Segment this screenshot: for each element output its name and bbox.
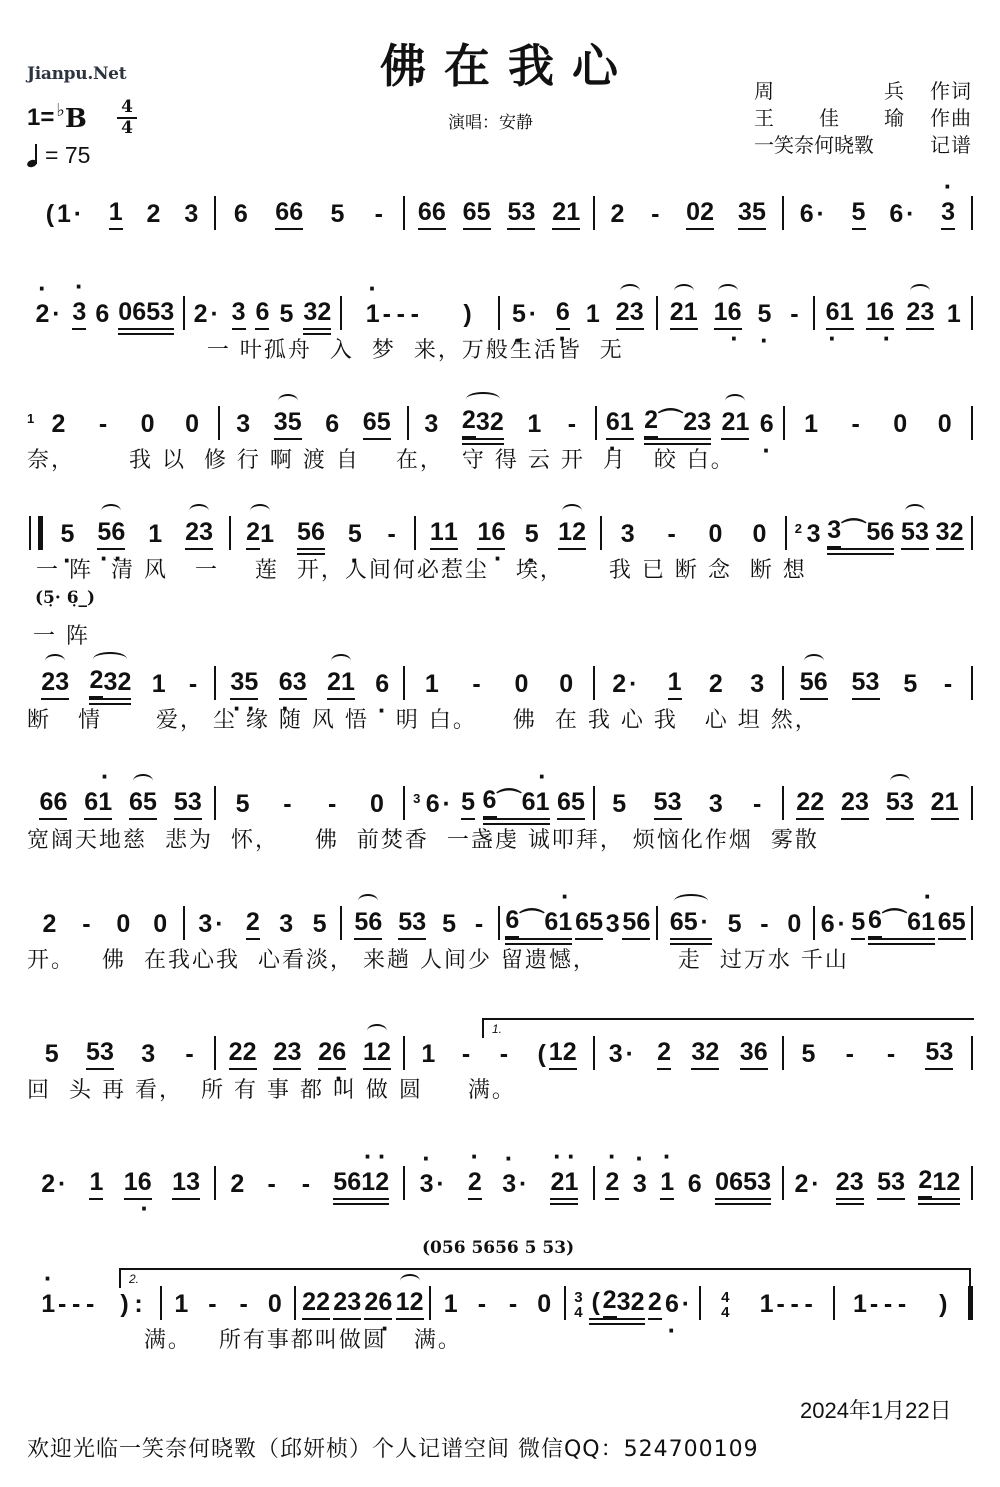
barline [971, 296, 973, 330]
note-group: 3 [807, 518, 821, 550]
note-group: 53 [174, 786, 202, 820]
note: 1 [41, 1288, 55, 1320]
note-group: (232 [589, 1284, 645, 1320]
note-group: 0 [153, 908, 167, 940]
note: 5 [288, 406, 302, 440]
note: 3 [199, 516, 213, 550]
note-group: 35 [738, 196, 766, 230]
note: 6 [728, 296, 742, 330]
note: - [757, 908, 771, 940]
measure: 5·6123 [500, 296, 656, 330]
note: 0 [116, 908, 130, 940]
note-group: 232 [89, 664, 131, 700]
note: 2 [41, 666, 55, 700]
note: 1 [396, 1286, 410, 1320]
note-group: 5 [330, 198, 344, 230]
note: 0 [559, 668, 573, 700]
note: 2 [683, 406, 697, 438]
credit-row: 周兵作词 [754, 78, 972, 105]
time-signature-change: 44 [718, 1290, 732, 1320]
measure: 22235321 [784, 786, 971, 820]
note: 3 [738, 196, 752, 230]
note-group: ) [461, 298, 475, 330]
note-group: 0 [514, 668, 528, 700]
note-group: 3 [424, 408, 438, 440]
note-group: - [849, 408, 863, 440]
note: 1 [98, 786, 112, 820]
credit-name: 周兵 [754, 78, 918, 105]
note: 5 [330, 198, 344, 230]
note-group: 53 [507, 196, 535, 230]
slur-mark [358, 894, 378, 908]
note: - [843, 1038, 857, 1070]
measure: 1-00 [405, 668, 592, 700]
note: 6 [375, 668, 389, 700]
staff-line: 12-0033566532321-612⌒232161-00 [27, 400, 973, 440]
note-group: 5 [45, 1038, 59, 1070]
credit-role: 作词 [918, 78, 972, 105]
note: · [903, 198, 917, 230]
note-group: 23 [185, 516, 213, 550]
note: - [380, 298, 394, 330]
note-group: 32 [936, 516, 964, 550]
note-group: 6 [95, 298, 109, 330]
note-group: 1 [174, 1288, 188, 1320]
note: 1 [840, 296, 854, 330]
note-group: 3· [420, 1168, 448, 1200]
note: - [237, 1288, 251, 1320]
time-numerator: 4 [121, 97, 133, 117]
note: · [626, 668, 640, 700]
volta-1-label: 1. [492, 1022, 502, 1036]
note-group: 66 [275, 196, 303, 230]
measure: 612⌒23216 [597, 404, 783, 440]
note-group: - [205, 1288, 219, 1320]
note: 6 [95, 298, 109, 330]
note-group: 2 [611, 198, 625, 230]
note-group: - [665, 518, 679, 550]
note-group: 56 [622, 906, 650, 940]
measure: 2·2353212 [784, 1164, 971, 1200]
note: - [280, 788, 294, 820]
note: ⌒ [658, 406, 683, 438]
note-group: 21 [931, 786, 959, 820]
note-group: 6 [556, 296, 570, 330]
note: 6 [907, 906, 921, 938]
measure: 6·56·3 [784, 196, 971, 230]
note: 3 [236, 408, 250, 440]
note: 3 [72, 296, 86, 330]
measure: 1--0 [431, 1288, 564, 1320]
note: 2 [552, 196, 566, 230]
credits: 周兵作词王佳瑜作曲一笑奈何晓斁记谱 [754, 78, 972, 159]
note: · [835, 908, 849, 940]
note: 3 [750, 668, 764, 700]
note: 2 [246, 906, 260, 940]
note: 1 [152, 668, 166, 700]
note-group: - [565, 408, 579, 440]
note: - [83, 1288, 97, 1320]
note: 1 [684, 296, 698, 330]
note-group: 2· [194, 298, 222, 330]
note-group: 2 [42, 908, 56, 940]
note: 5 [313, 908, 327, 940]
note-group: 6 [325, 408, 339, 440]
note-group: - [237, 1288, 251, 1320]
note: 6 [800, 198, 814, 230]
note: 1 [853, 1288, 867, 1320]
note-group: 3 [621, 518, 635, 550]
note: · [526, 298, 540, 330]
note-group: 1 [444, 1288, 458, 1320]
note: 3 [697, 406, 711, 438]
note: 3 [103, 666, 117, 698]
slur-mark [250, 504, 270, 518]
note: 2 [318, 1036, 332, 1070]
note-group: - [325, 788, 339, 820]
measure: 5--53 [784, 1036, 971, 1070]
time-denominator: 4 [121, 118, 133, 138]
note: 5 [589, 906, 603, 940]
note: - [497, 1038, 511, 1070]
note: 5 [901, 516, 915, 550]
note: 6 [289, 196, 303, 230]
note-group: 3 [941, 196, 955, 230]
note-group: 16 [477, 516, 505, 550]
note: 0 [715, 1166, 729, 1198]
note: 3 [184, 198, 198, 230]
note-group: - [750, 788, 764, 820]
note-group: 61 [826, 296, 854, 330]
note-group: 21 [246, 516, 274, 550]
note-group: 2· [35, 298, 63, 330]
note: 2 [794, 1168, 808, 1200]
note: 6 [556, 296, 570, 330]
note: 6 [938, 906, 952, 940]
note: - [96, 408, 110, 440]
note: 0 [268, 1288, 282, 1320]
note: ⌒ [882, 906, 907, 938]
note-group: 32 [691, 1036, 719, 1070]
note: - [941, 668, 955, 700]
note: 6 [821, 908, 835, 940]
note: 3 [279, 908, 293, 940]
note-group: 1 [89, 1166, 103, 1200]
note: 5 [512, 298, 526, 330]
note: 5 [442, 908, 456, 940]
note-group: 2 [648, 1286, 662, 1320]
note: 2 [185, 516, 199, 550]
note: 1 [366, 298, 380, 330]
note: 3 [855, 786, 869, 820]
note-group: 53 [398, 906, 426, 940]
note-group: 1--- [366, 298, 422, 330]
note: 6 [418, 196, 432, 230]
note-group: 65 [575, 906, 603, 940]
note: - [69, 1288, 83, 1320]
barline [971, 196, 973, 230]
note: 3 [347, 1286, 361, 1320]
note: 0 [185, 408, 199, 440]
note: 1 [668, 666, 682, 700]
note: 2 [229, 1036, 243, 1070]
note: 2 [563, 1036, 577, 1070]
measure: 5533- [27, 1036, 214, 1070]
note: 1 [430, 516, 444, 550]
note-group: 1 [586, 298, 600, 330]
note: 2 [605, 1166, 619, 1200]
score-system: 1---):1--0222326121--034(23226·441---1--… [27, 1280, 973, 1356]
measure: 65·5-0 [658, 906, 814, 940]
note: 2 [810, 786, 824, 820]
note: 5 [174, 786, 188, 820]
note: 3 [850, 1166, 864, 1198]
date-label: 2024年1月22日 [800, 1394, 952, 1425]
note: 2 [117, 666, 131, 698]
note: 3 [188, 786, 202, 820]
note: 0 [153, 908, 167, 940]
note-group: 16 [714, 296, 742, 330]
note: 1 [804, 408, 818, 440]
note: · [440, 788, 454, 820]
note: 6 [880, 516, 894, 548]
note: 3 [420, 1168, 434, 1200]
lyric-line: 满。 所有事都叫做圆 满。 [27, 1320, 973, 1356]
note: 1 [549, 1036, 563, 1070]
note-group: (1· [43, 198, 85, 230]
note: · [49, 298, 63, 330]
note-group: 53 [852, 666, 880, 700]
note: 3 [900, 786, 914, 820]
note: 2 [670, 296, 684, 330]
note-group: 5 [757, 298, 771, 330]
note-group: 232 [462, 404, 504, 440]
note: - [787, 298, 801, 330]
note: 6 [636, 906, 650, 940]
note-group: 1 [668, 666, 682, 700]
note-group: 53 [925, 1036, 953, 1070]
note: - [849, 408, 863, 440]
note: 5 [97, 516, 111, 550]
key-prefix: 1= [27, 104, 54, 132]
note: 2 [230, 1168, 244, 1200]
slur-mark [718, 284, 738, 298]
slur-mark [674, 284, 694, 298]
measure: 66655321 [405, 196, 592, 230]
note: · [679, 1288, 693, 1320]
note: 3 [141, 1038, 155, 1070]
lyric-text: 回 头 再 看， 所 有 事 都 叫 做 圆 满。 [27, 1073, 516, 1104]
note: - [265, 1168, 279, 1200]
measure: 1116512 [416, 516, 600, 550]
measure: 6·56⌒6165 [815, 904, 971, 940]
note-group: 3 [750, 668, 764, 700]
note-group: 6⌒61 [483, 784, 550, 820]
key-signature: 1= ♭ B [27, 104, 87, 134]
note-group: 23 [906, 296, 934, 330]
credit-row: 王佳瑜作曲 [754, 105, 972, 132]
note: 3 [230, 666, 244, 700]
note-group: 2 [52, 408, 66, 440]
staff-line: 2·116132--56123·23·21231606532·2353212 [27, 1160, 973, 1200]
note: 1 [444, 1288, 458, 1320]
note: 6 [363, 406, 377, 440]
note: ( [43, 198, 57, 230]
note-group: 212 [918, 1164, 960, 1200]
measure: 5533- [595, 786, 782, 820]
note-group: 1 [152, 668, 166, 700]
measure: 56535- [784, 666, 971, 700]
slur-mark [674, 894, 708, 908]
measure: 6⌒6165356 [500, 904, 656, 940]
note-group: 1 [527, 408, 541, 440]
note-group: 23 [273, 1036, 301, 1070]
note: 0 [514, 668, 528, 700]
note-group: 66 [418, 196, 446, 230]
time-signature: 4 4 [117, 100, 137, 136]
measure: 1---): [27, 1288, 160, 1320]
note: 6 [378, 1286, 392, 1320]
note-group: 1 [425, 668, 439, 700]
note: 0 [938, 408, 952, 440]
alt-notes: (5̣· 6̣_) [35, 588, 95, 608]
note: 1 [444, 516, 458, 550]
measure: 1-00 [785, 408, 971, 440]
note-group: 12 [363, 1036, 391, 1070]
note: 3 [198, 908, 212, 940]
note: 6 [39, 786, 53, 820]
note-group: 2 [468, 1166, 482, 1200]
note: 1 [172, 1166, 186, 1200]
note: 5 [354, 906, 368, 940]
measure: 1--0 [162, 1288, 295, 1320]
measure: 335665 [220, 406, 406, 440]
note: 2 [550, 1166, 564, 1198]
staff-line: (1·1236665-666553212-02356·56·3 [27, 190, 973, 230]
measure: 22232612 [296, 1286, 429, 1320]
staff-line: 2-003·23556535-6⌒616535665·5-06·56⌒6165 [27, 900, 973, 940]
note: 2 [243, 1036, 257, 1070]
note: - [394, 298, 408, 330]
note: - [867, 1288, 881, 1320]
note: 5 [525, 518, 539, 550]
slur-mark [910, 284, 930, 298]
note: 3 [293, 666, 307, 700]
lyric-text: 一 叶孤舟 入 梦 来，万般生活皆 无 [27, 333, 624, 364]
credit-name: 一笑奈何晓斁 [754, 132, 918, 159]
note-group: 53 [901, 516, 929, 550]
barline [971, 666, 973, 700]
note: 1 [760, 1288, 774, 1320]
grace-note: 2 [795, 521, 802, 536]
measure: 2·123 [595, 666, 782, 700]
note-group: 2 [146, 198, 160, 230]
measure: 6665- [216, 196, 403, 230]
note-group: 02 [686, 196, 714, 230]
lyric-line: 回 头 再 看， 所 有 事 都 叫 做 圆 满。 [27, 1070, 973, 1106]
measure: 2-00 [27, 908, 183, 940]
note: ) [936, 1288, 950, 1320]
note: 2 [41, 1168, 55, 1200]
note: 5 [86, 1036, 100, 1070]
note: 0 [787, 908, 801, 940]
note-group: 2· [41, 1168, 69, 1200]
note: 6 [754, 1036, 768, 1070]
note: · [212, 908, 226, 940]
lyric-line: 开。 佛 在我心我 心看淡， 来趟 人间少 留遗憾， 走 过万水 千山 [27, 940, 973, 976]
note-group: - [385, 518, 399, 550]
note: 5 [903, 668, 917, 700]
note: 6 [880, 296, 894, 330]
note-group: 0 [559, 668, 573, 700]
note: 6 [575, 906, 589, 940]
note-group: 65 [557, 786, 585, 820]
note: 5 [952, 906, 966, 940]
measure: 34(23226· [566, 1284, 699, 1320]
measure: 2·36532 [185, 296, 341, 330]
note: 6 [311, 516, 325, 548]
note: · [814, 198, 828, 230]
slur-mark [93, 652, 127, 666]
note: - [299, 1168, 313, 1200]
note: 2 [89, 664, 103, 698]
note: 2 [462, 404, 476, 438]
note: - [506, 1288, 520, 1320]
note-group: 1 [804, 408, 818, 440]
note: ) [118, 1288, 132, 1320]
note: 1 [341, 666, 355, 700]
note: 5 [244, 666, 258, 700]
tempo-value: = 75 [45, 142, 90, 169]
note: 2 [246, 516, 260, 550]
note: 5 [477, 196, 491, 230]
note-group: 3 [72, 296, 86, 330]
measure: 23160653 [595, 1166, 782, 1200]
note: 5 [333, 1166, 347, 1198]
credit-char: 兵 [884, 78, 904, 105]
note: 6 [889, 198, 903, 230]
lyric-text: 宽阔天地慈 悲为 怀， 佛 前焚香 一盏虔 诚叩拜， 烦恼化作烟 雾散 [27, 823, 819, 854]
note-group: 6 [375, 668, 389, 700]
note: 1 [735, 406, 749, 440]
note: 2 [946, 1166, 960, 1198]
lyric-line: 宽阔天地慈 悲为 怀， 佛 前焚香 一盏虔 诚叩拜， 烦恼化作烟 雾散 [27, 820, 973, 856]
note: 3 [891, 1166, 905, 1200]
note: 3 [609, 1038, 623, 1070]
note-group: 0 [938, 408, 952, 440]
measure: 441--- [701, 1288, 834, 1320]
note: - [788, 1288, 802, 1320]
lyric-text: 奈， 我 以 修 行 啊 渡 自 在， 守 得 云 开 月 皎 白。 [27, 443, 735, 474]
note: 6 [814, 666, 828, 700]
note-group: 2· [612, 668, 640, 700]
note: 0 [141, 408, 155, 440]
note-group: 53 [886, 786, 914, 820]
note-group: 5 [236, 788, 250, 820]
measure: 3·235 [185, 906, 341, 940]
slur-mark [45, 654, 65, 668]
note-group: 3⌒56 [827, 514, 894, 550]
credit-role: 记谱 [918, 132, 972, 159]
note: 2 [327, 666, 341, 700]
note: 2 [700, 196, 714, 230]
note: - [472, 908, 486, 940]
note: 5 [852, 666, 866, 700]
note: 3 [757, 1166, 771, 1198]
note: 2 [841, 786, 855, 820]
slur-mark [804, 654, 824, 668]
note: · [55, 1168, 69, 1200]
